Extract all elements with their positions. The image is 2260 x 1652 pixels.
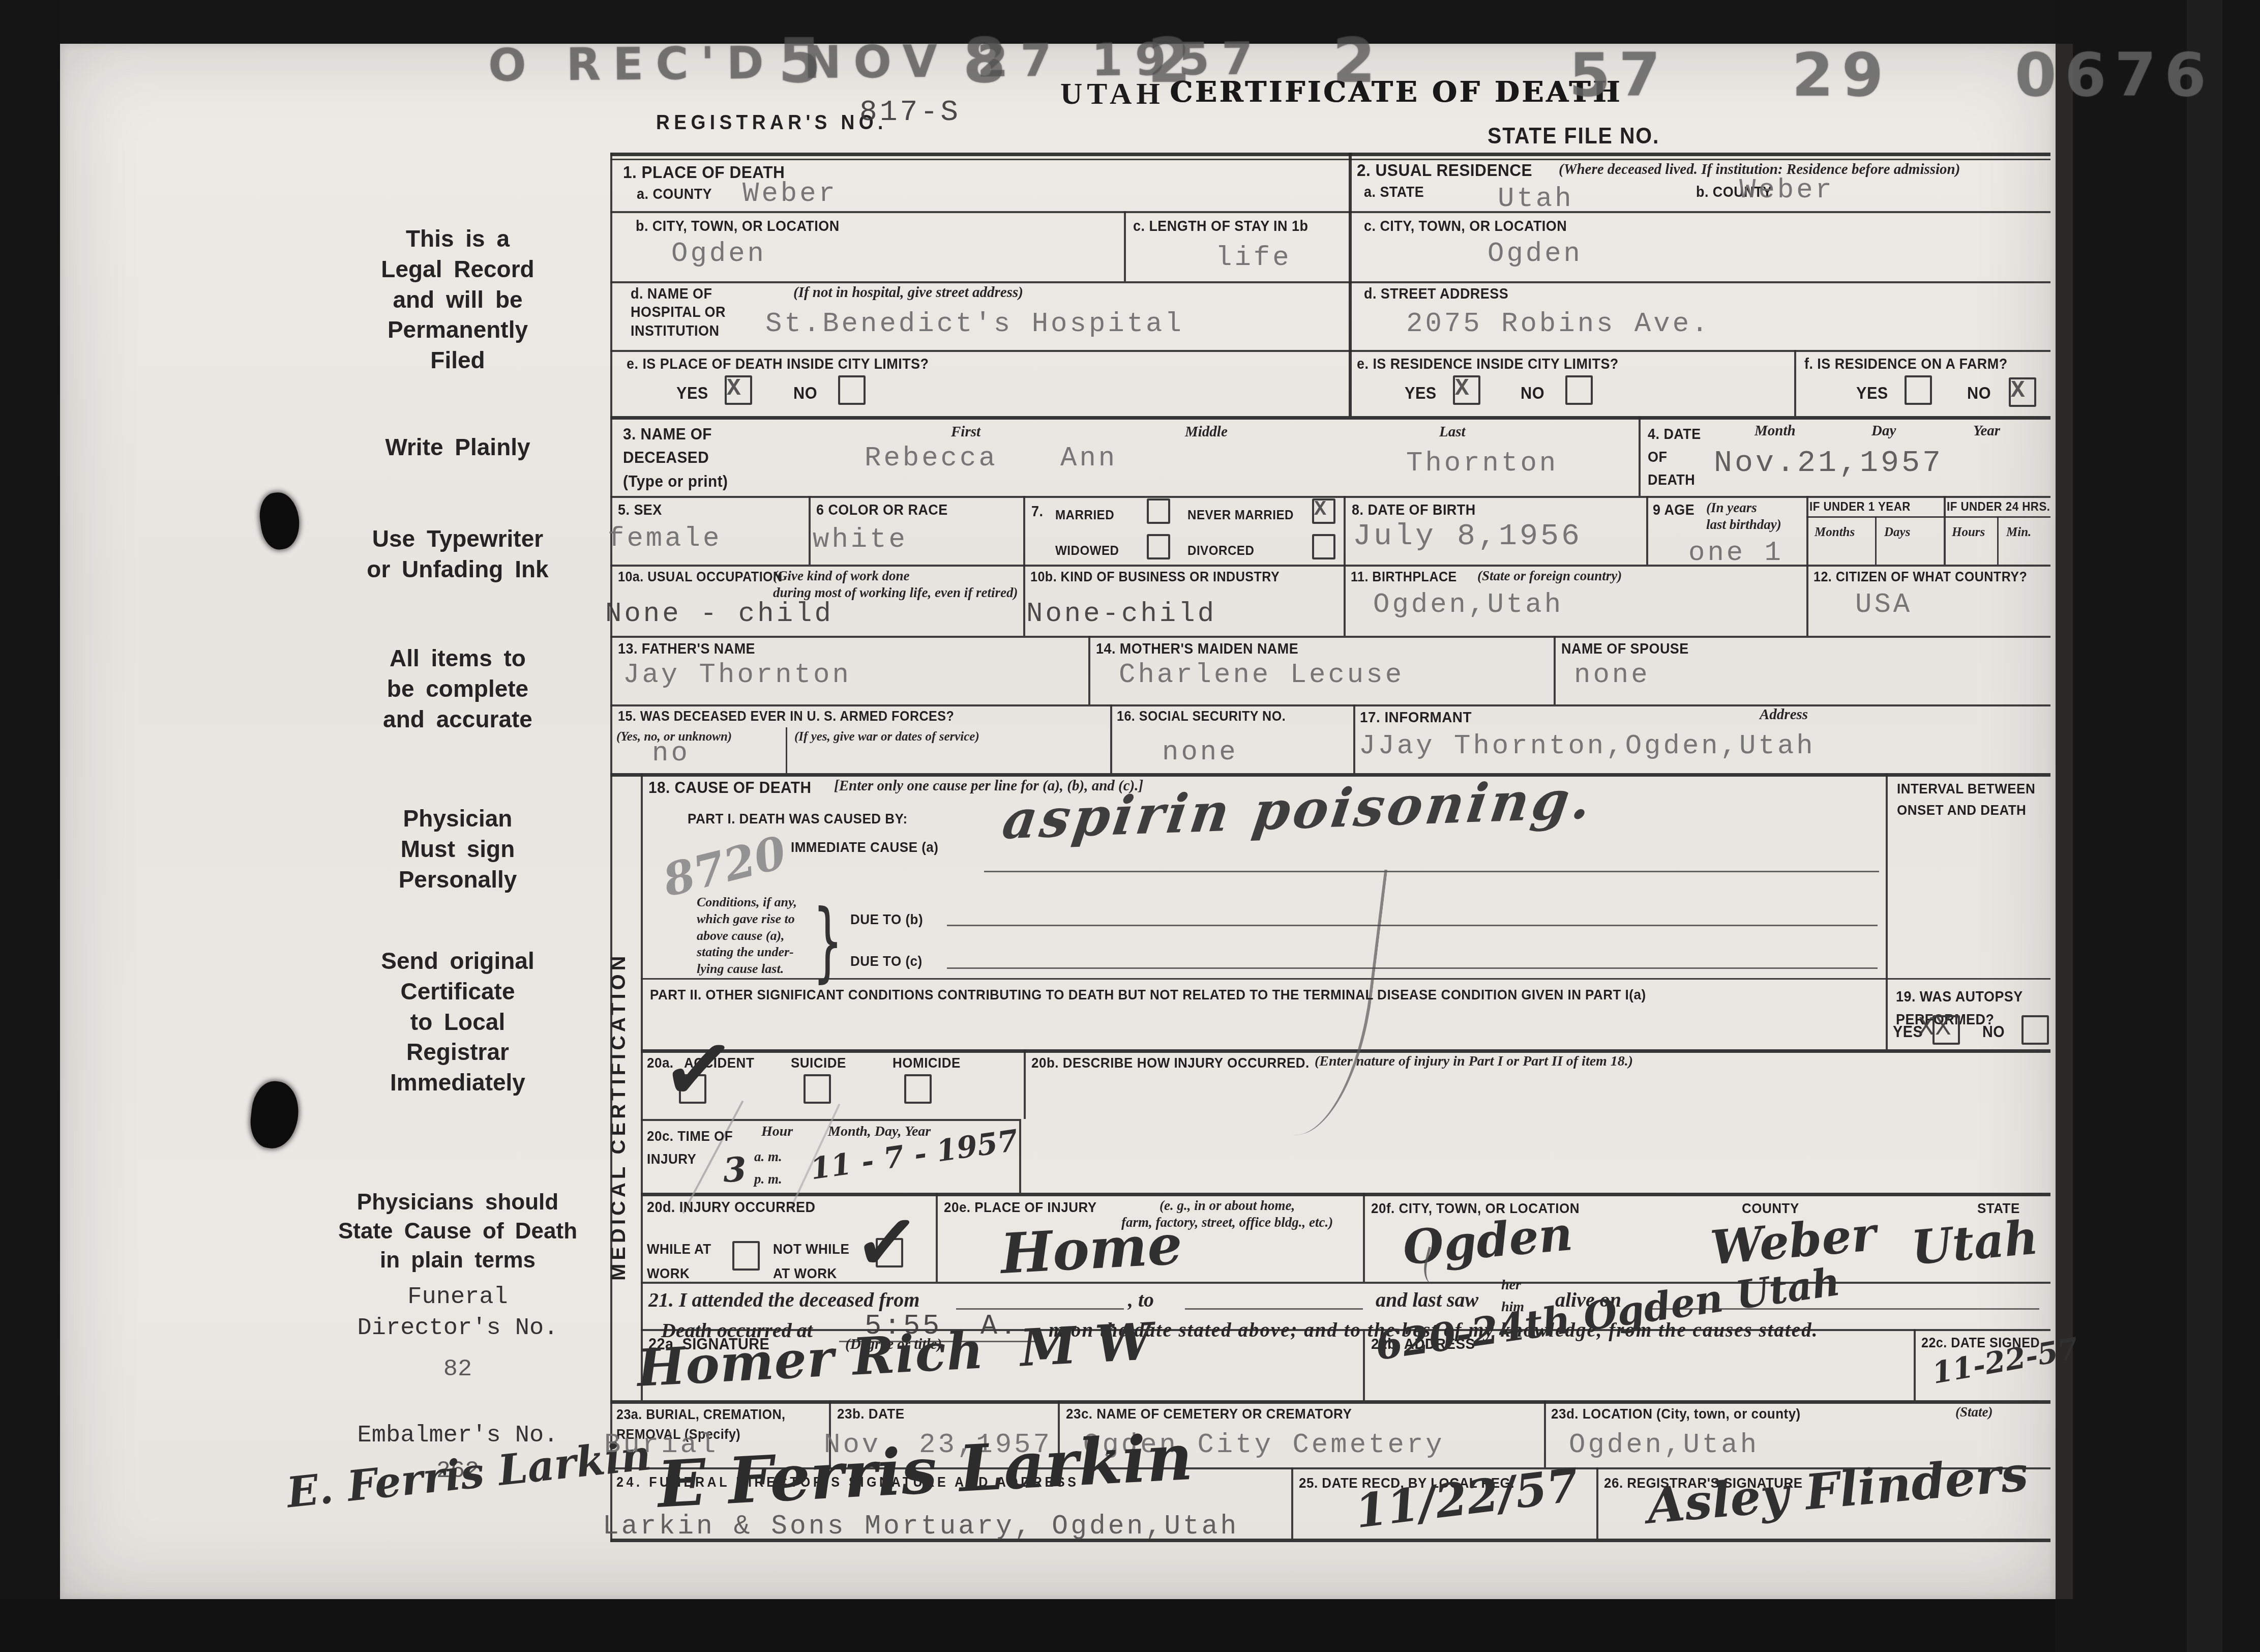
divider <box>1344 496 1346 565</box>
divider <box>1124 211 1126 281</box>
no-label: NO <box>793 382 817 403</box>
injury-state-value: Utah <box>1910 1214 2040 1271</box>
length-of-stay-value: life <box>1215 243 1292 273</box>
divider <box>610 773 2050 777</box>
checkbox-death-city-limits-yes: X <box>725 375 752 405</box>
sex-value: female <box>608 524 722 554</box>
photo-border-fold <box>2187 0 2222 1652</box>
death-city-limits-label: e. IS PLACE OF DEATH INSIDE CITY LIMITS? <box>627 355 929 373</box>
citizen-value: USA <box>1855 590 1912 620</box>
immediate-cause-label: IMMEDIATE CAUSE (a) <box>791 838 938 856</box>
residence-city-limits-label: e. IS RESIDENCE INSIDE CITY LIMITS? <box>1357 355 1619 373</box>
divider <box>1088 636 1090 704</box>
write-in-line <box>956 1288 1124 1310</box>
time-of-injury-label: 20c. TIME OF INJURY <box>647 1125 733 1171</box>
length-of-stay-label: c. LENGTH OF STAY IN 1b <box>1133 217 1308 235</box>
county-value: Weber <box>742 179 838 209</box>
divider <box>1794 350 1796 416</box>
x-marks: XX <box>1918 1013 1952 1042</box>
age-note: (In years last birthday) <box>1706 499 1781 533</box>
divider <box>610 350 2050 352</box>
birthplace-value: Ogden,Utah <box>1373 590 1563 620</box>
last-name-value: Thornton <box>1406 449 1558 479</box>
street-address-value: 2075 Robins Ave. <box>1406 309 1710 339</box>
conditions-note: Conditions, if any, which gave rise to a… <box>697 894 797 978</box>
divider <box>936 1193 938 1282</box>
injury-hour-value: 3 <box>722 1153 747 1187</box>
informant-label: 17. INFORMANT <box>1360 708 1472 727</box>
citizen-label: 12. CITIZEN OF WHAT COUNTRY? <box>1813 569 2027 586</box>
divider <box>1363 1193 1365 1282</box>
mother-name-label: 14. MOTHER'S MAIDEN NAME <box>1096 640 1298 658</box>
burial-location-label: 23d. LOCATION (City, town, or county) <box>1551 1405 1801 1423</box>
photo-border-bottom <box>0 1599 2260 1652</box>
days-header: Days <box>1884 525 1910 541</box>
margin-note-legal-record: This is a Legal Record and will be Perma… <box>295 224 620 376</box>
hospital-label: d. NAME OF HOSPITAL OR INSTITUTION <box>631 285 726 340</box>
residence-farm-label: f. IS RESIDENCE ON A FARM? <box>1804 355 2008 373</box>
father-name-value: Jay Thornton <box>623 660 851 690</box>
divider <box>610 159 2050 160</box>
spouse-name-value: none <box>1574 660 1650 690</box>
divider <box>610 416 2050 420</box>
checkbox-suicide <box>804 1074 831 1104</box>
divider <box>1997 516 1999 565</box>
injury-occurred-label: 20d. INJURY OCCURRED <box>647 1198 816 1217</box>
divider <box>610 153 2050 156</box>
attended-text-1: 21. I attended the deceased from <box>648 1288 919 1313</box>
date-of-birth-label: 8. DATE OF BIRTH <box>1352 501 1476 519</box>
street-address-label: d. STREET ADDRESS <box>1364 285 1508 303</box>
injury-county-value: Weber <box>1709 1211 1878 1272</box>
state-file-no-stamp: 57 29 0676 <box>1569 40 2214 110</box>
checkbox-death-city-limits-no <box>838 375 866 405</box>
date-of-death-label: 4. DATE OF DEATH <box>1648 423 1701 492</box>
yes-label: YES <box>1856 382 1888 403</box>
date-of-birth-value: July 8,1956 <box>1353 520 1582 553</box>
photo-border-right <box>2056 0 2260 1652</box>
months-header: Months <box>1815 525 1855 541</box>
no-label: NO <box>1521 382 1544 403</box>
divider <box>1110 704 1112 773</box>
page-title: CERTIFICATE OF DEATH <box>1170 75 1622 109</box>
not-while-at-work-checkmark: ✓ <box>851 1200 923 1284</box>
checkbox-autopsy-no <box>2021 1015 2049 1045</box>
divider <box>1646 496 1648 565</box>
day-header: Day <box>1871 422 1896 440</box>
divider <box>641 1193 2050 1196</box>
hour-header: Hour <box>761 1123 793 1140</box>
x-mark: X <box>1455 375 1469 402</box>
divorced-label: DIVORCED <box>1187 542 1254 559</box>
divider <box>1349 153 1352 416</box>
divider <box>1944 496 1946 565</box>
while-at-work-label: WHILE AT WORK <box>647 1237 711 1285</box>
divider <box>1024 1049 1026 1119</box>
state-file-no-label: STATE FILE NO. <box>1488 122 1659 150</box>
residence-city-value: Ogden <box>1488 239 1583 269</box>
name-of-deceased-label: 3. NAME OF DECEASED (Type or print) <box>623 422 728 493</box>
divider <box>610 1400 2050 1404</box>
residence-state-label: a. STATE <box>1364 183 1424 201</box>
birthplace-label: 11. BIRTHPLACE <box>1351 569 1457 586</box>
x-mark: X <box>2011 377 2025 404</box>
write-in-line <box>947 944 1878 969</box>
burial-state-header: (State) <box>1955 1404 1993 1421</box>
divider <box>1639 416 1641 496</box>
checkbox-residence-city-limits-no <box>1565 375 1593 405</box>
industry-value: None-child <box>1026 599 1216 629</box>
month-header: Month <box>1755 422 1796 440</box>
race-label: 6 COLOR OR RACE <box>816 501 948 519</box>
divider <box>1886 773 1888 1049</box>
usual-residence-label: 2. USUAL RESIDENCE <box>1357 160 1532 182</box>
margin-note-typewriter: Use Typewriter or Unfading Ink <box>295 524 620 585</box>
item7-number: 7. <box>1031 503 1043 521</box>
am-label: a. m. <box>754 1148 782 1165</box>
age-label: 9 AGE <box>1653 501 1694 519</box>
not-while-at-work-label: NOT WHILE AT WORK <box>773 1237 849 1285</box>
divider <box>1806 496 1808 565</box>
margin-note-complete: All items to be complete and accurate <box>295 643 620 734</box>
county-label: a. COUNTY <box>637 185 712 203</box>
hospital-value: St.Benedict's Hospital <box>765 309 1184 339</box>
homicide-label: HOMICIDE <box>893 1054 961 1072</box>
divider <box>610 153 612 1542</box>
married-label: MARRIED <box>1055 507 1114 523</box>
registrar-no-value: 817-S <box>859 97 961 129</box>
yes-label: YES <box>676 382 708 403</box>
divider <box>641 773 643 1400</box>
checkbox-while-at-work <box>732 1241 760 1271</box>
middle-name-header: Middle <box>1185 423 1228 441</box>
interval-label: INTERVAL BETWEEN ONSET AND DEATH <box>1897 778 2035 821</box>
describe-injury-note: (Enter nature of injury in Part I or Par… <box>1315 1053 1633 1070</box>
divider <box>1291 1467 1293 1539</box>
informant-address-header: Address <box>1760 706 1808 724</box>
armed-forces-note2: (If yes, give war or dates of service) <box>794 729 979 745</box>
date-of-death-value: Nov.21,1957 <box>1714 447 1943 480</box>
checkbox-residence-city-limits-yes: X <box>1453 375 1480 405</box>
accident-checkmark: ✓ <box>657 1021 740 1117</box>
checkbox-homicide <box>904 1074 932 1104</box>
checkbox-residence-farm-yes <box>1905 375 1932 405</box>
occupation-value: None - child <box>605 599 834 629</box>
ssn-value: none <box>1162 737 1238 768</box>
last-name-header: Last <box>1439 423 1466 441</box>
divider <box>1353 704 1355 773</box>
divider <box>1554 636 1556 704</box>
scanned-death-certificate-photo: O REC'D NOV 27 1957 5 8 2 2 REGISTRAR'S … <box>0 0 2260 1652</box>
divider <box>786 727 787 773</box>
armed-forces-label: 15. WAS DECEASED EVER IN U. S. ARMED FOR… <box>618 708 954 725</box>
checkbox-never-married: X <box>1312 498 1335 524</box>
min-header: Min. <box>2006 525 2031 541</box>
x-mark: X <box>1314 498 1326 521</box>
checkbox-residence-farm-no: X <box>2009 377 2036 407</box>
birthplace-note: (State or foreign country) <box>1477 568 1622 584</box>
divider <box>1544 1400 1546 1467</box>
divider <box>610 565 2050 567</box>
no-label: NO <box>1982 1022 2005 1042</box>
year-header: Year <box>1973 422 2000 440</box>
divider <box>1914 1329 1916 1400</box>
divider <box>610 281 2050 283</box>
father-name-label: 13. FATHER'S NAME <box>618 640 755 658</box>
city-value: Ogden <box>671 239 766 269</box>
place-of-injury-value: Home <box>999 1217 1183 1282</box>
residence-county-value: Weber <box>1739 175 1834 205</box>
margin-note-write-plainly: Write Plainly <box>295 432 620 463</box>
pm-label: p. m. <box>754 1171 782 1188</box>
divider <box>1344 565 1346 636</box>
divider <box>610 704 2050 706</box>
no-label: NO <box>1967 382 1991 403</box>
sex-label: 5. SEX <box>618 501 662 519</box>
residence-state-value: Utah <box>1498 184 1574 214</box>
race-value: white <box>813 525 908 555</box>
divider <box>1806 516 2050 518</box>
burial-date-label: 23b. DATE <box>837 1405 904 1423</box>
attended-text-2: , to <box>1128 1288 1154 1313</box>
if-under-24-hrs-label: IF UNDER 24 HRS. <box>1947 499 2050 515</box>
margin-note-plain-terms: Physicians should State Cause of Death i… <box>254 1188 661 1275</box>
checkbox-widowed <box>1147 534 1170 559</box>
if-under-1-year-label: IF UNDER 1 YEAR <box>1809 499 1911 515</box>
armed-forces-value: no <box>652 739 690 769</box>
informant-value: JJay Thornton,Ogden,Utah <box>1359 731 1816 761</box>
divider <box>1023 565 1025 636</box>
industry-label: 10b. KIND OF BUSINESS OR INDUSTRY <box>1030 569 1280 586</box>
cause-of-death-label: 18. CAUSE OF DEATH <box>648 777 811 798</box>
title-state: UTAH <box>1060 76 1165 111</box>
registrar-no-label: REGISTRAR'S NO. <box>656 110 887 135</box>
divider <box>1023 496 1025 565</box>
funeral-director-no-label: Funeral Director's No. <box>285 1282 631 1344</box>
divider <box>1875 516 1877 565</box>
hospital-note: (If not in hospital, give street address… <box>793 284 1023 302</box>
x-mark: X <box>727 375 741 402</box>
write-in-line <box>1185 1288 1363 1310</box>
divider <box>1596 1467 1598 1539</box>
spouse-name-label: NAME OF SPOUSE <box>1561 640 1689 658</box>
place-of-injury-label: 20e. PLACE OF INJURY <box>944 1198 1097 1216</box>
divider <box>610 636 2050 638</box>
due-to-c-label: DUE TO (c) <box>850 952 923 970</box>
margin-note-send-original: Send original Certificate to Local Regis… <box>295 946 620 1098</box>
funeral-director-no-value: 82 <box>285 1354 631 1385</box>
divider <box>809 496 811 565</box>
margin-note-physician-sign: Physician Must sign Personally <box>295 804 620 895</box>
checkbox-divorced <box>1312 534 1335 559</box>
occupation-note: (Give kind of work done during most of w… <box>773 568 1018 601</box>
never-married-label: NEVER MARRIED <box>1187 507 1294 523</box>
divider <box>1806 565 1808 636</box>
mother-name-value: Charlene Lecuse <box>1119 660 1404 690</box>
divider <box>610 496 2050 498</box>
part1-label: PART I. DEATH WAS CAUSED BY: <box>688 810 908 828</box>
yes-label: YES <box>1405 382 1437 403</box>
divider <box>610 211 2050 213</box>
city-label: b. CITY, TOWN, OR LOCATION <box>636 217 840 235</box>
due-to-b-label: DUE TO (b) <box>850 910 923 928</box>
burial-location-value: Ogden,Utah <box>1569 1430 1759 1460</box>
brace: } <box>813 891 843 992</box>
widowed-label: WIDOWED <box>1055 542 1119 559</box>
her-pronoun: her <box>1501 1278 1521 1292</box>
photo-border-left <box>0 0 60 1652</box>
attended-text-3: and last saw <box>1376 1288 1478 1313</box>
hours-header: Hours <box>1952 525 1985 541</box>
residence-city-label: c. CITY, TOWN, OR LOCATION <box>1364 217 1567 235</box>
occupation-label: 10a. USUAL OCCUPATION <box>618 569 783 586</box>
age-value: one 1 <box>1688 538 1783 568</box>
write-in-line <box>947 901 1878 926</box>
cemetery-label: 23c. NAME OF CEMETERY OR CREMATORY <box>1066 1405 1352 1423</box>
part2-label: PART II. OTHER SIGNIFICANT CONDITIONS CO… <box>650 986 1646 1004</box>
describe-injury-label: 20b. DESCRIBE HOW INJURY OCCURRED. <box>1031 1054 1310 1072</box>
first-name-value: Rebecca <box>865 444 998 474</box>
ssn-label: 16. SOCIAL SECURITY NO. <box>1117 708 1286 725</box>
checkbox-married <box>1147 498 1170 524</box>
middle-name-value: Ann <box>1060 444 1117 474</box>
suicide-label: SUICIDE <box>791 1054 846 1072</box>
first-name-header: First <box>951 423 980 441</box>
